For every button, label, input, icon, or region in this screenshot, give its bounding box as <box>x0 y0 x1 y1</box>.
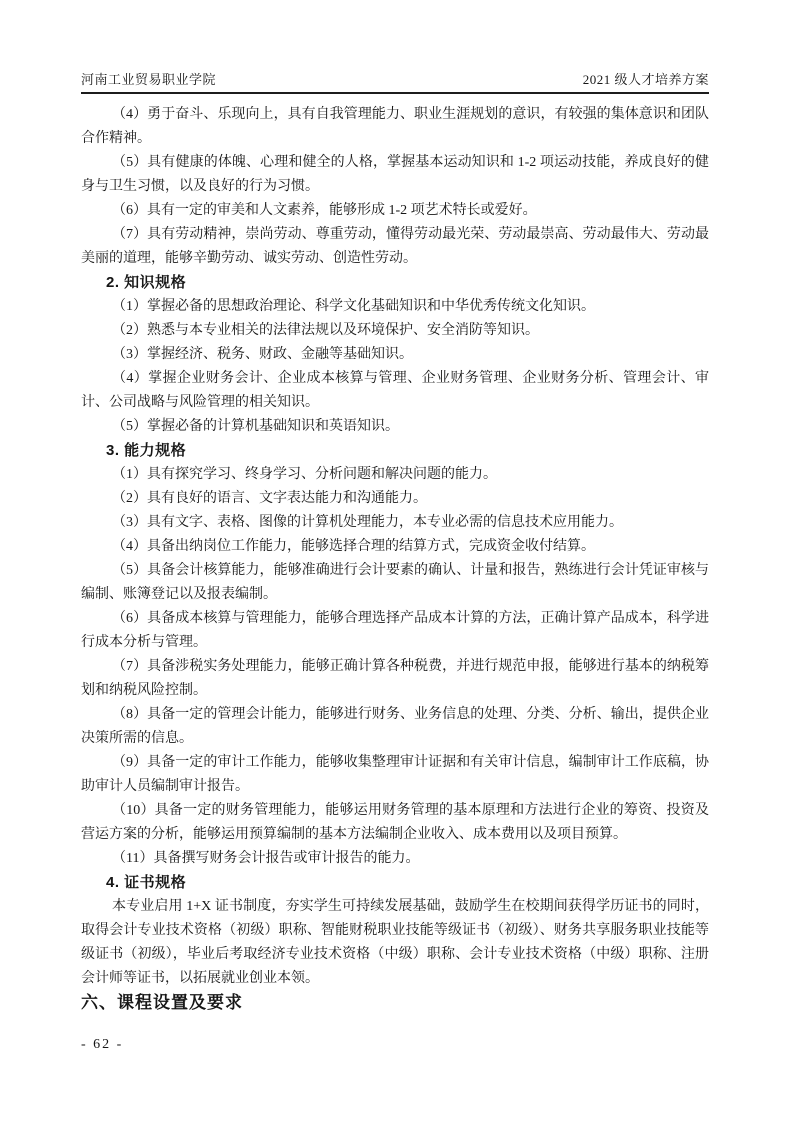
plan-title: 2021 级人才培养方案 <box>583 71 709 88</box>
paragraph: （3）具有文字、表格、图像的计算机处理能力，本专业必需的信息技术应用能力。 <box>81 511 709 535</box>
sub-heading: 4. 证书规格 <box>81 871 709 895</box>
section-heading: 六、课程设置及要求 <box>81 991 709 1015</box>
paragraph: （2）具有良好的语言、文字表达能力和沟通能力。 <box>81 487 709 511</box>
paragraph: （2）熟悉与本专业相关的法律法规以及环境保护、安全消防等知识。 <box>81 319 709 343</box>
paragraph: （1）掌握必备的思想政治理论、科学文化基础知识和中华优秀传统文化知识。 <box>81 295 709 319</box>
paragraph: （4）具备出纳岗位工作能力，能够选择合理的结算方式，完成资金收付结算。 <box>81 535 709 559</box>
page-number: - 62 - <box>81 1037 123 1052</box>
paragraph: （4）勇于奋斗、乐现向上，具有自我管理能力、职业生涯规划的意识，有较强的集体意识… <box>81 103 709 151</box>
paragraph: （9）具备一定的审计工作能力，能够收集整理审计证据和有关审计信息，编制审计工作底… <box>81 751 709 799</box>
page-header: 河南工业贸易职业学院 2021 级人才培养方案 <box>81 71 709 94</box>
sub-heading: 2. 知识规格 <box>81 271 709 295</box>
paragraph: （8）具备一定的管理会计能力，能够进行财务、业务信息的处理、分类、分析、输出，提… <box>81 703 709 751</box>
sub-heading: 3. 能力规格 <box>81 439 709 463</box>
paragraph: （7）具有劳动精神，崇尚劳动、尊重劳动，懂得劳动最光荣、劳动最崇高、劳动最伟大、… <box>81 223 709 271</box>
paragraph: （6）具有一定的审美和人文素养，能够形成 1-2 项艺术特长或爱好。 <box>81 199 709 223</box>
paragraph: （7）具备涉税实务处理能力，能够正确计算各种税费，并进行规范申报，能够进行基本的… <box>81 655 709 703</box>
paragraph: （6）具备成本核算与管理能力，能够合理选择产品成本计算的方法，正确计算产品成本，… <box>81 607 709 655</box>
paragraph: 本专业启用 1+X 证书制度，夯实学生可持续发展基础，鼓励学生在校期间获得学历证… <box>81 895 709 991</box>
document-body: （4）勇于奋斗、乐现向上，具有自我管理能力、职业生涯规划的意识，有较强的集体意识… <box>81 103 709 1015</box>
page-footer: - 62 - <box>81 1037 709 1053</box>
paragraph: （5）具有健康的体魄、心理和健全的人格，掌握基本运动知识和 1-2 项运动技能，… <box>81 151 709 199</box>
paragraph: （4）掌握企业财务会计、企业成本核算与管理、企业财务管理、企业财务分析、管理会计… <box>81 367 709 415</box>
school-name: 河南工业贸易职业学院 <box>81 71 216 88</box>
paragraph: （11）具备撰写财务会计报告或审计报告的能力。 <box>81 847 709 871</box>
paragraph: （10）具备一定的财务管理能力，能够运用财务管理的基本原理和方法进行企业的筹资、… <box>81 799 709 847</box>
paragraph: （1）具有探究学习、终身学习、分析问题和解决问题的能力。 <box>81 463 709 487</box>
paragraph: （5）具备会计核算能力，能够准确进行会计要素的确认、计量和报告，熟练进行会计凭证… <box>81 559 709 607</box>
document-page: 河南工业贸易职业学院 2021 级人才培养方案 （4）勇于奋斗、乐现向上，具有自… <box>0 0 793 1122</box>
paragraph: （5）掌握必备的计算机基础知识和英语知识。 <box>81 415 709 439</box>
paragraph: （3）掌握经济、税务、财政、金融等基础知识。 <box>81 343 709 367</box>
